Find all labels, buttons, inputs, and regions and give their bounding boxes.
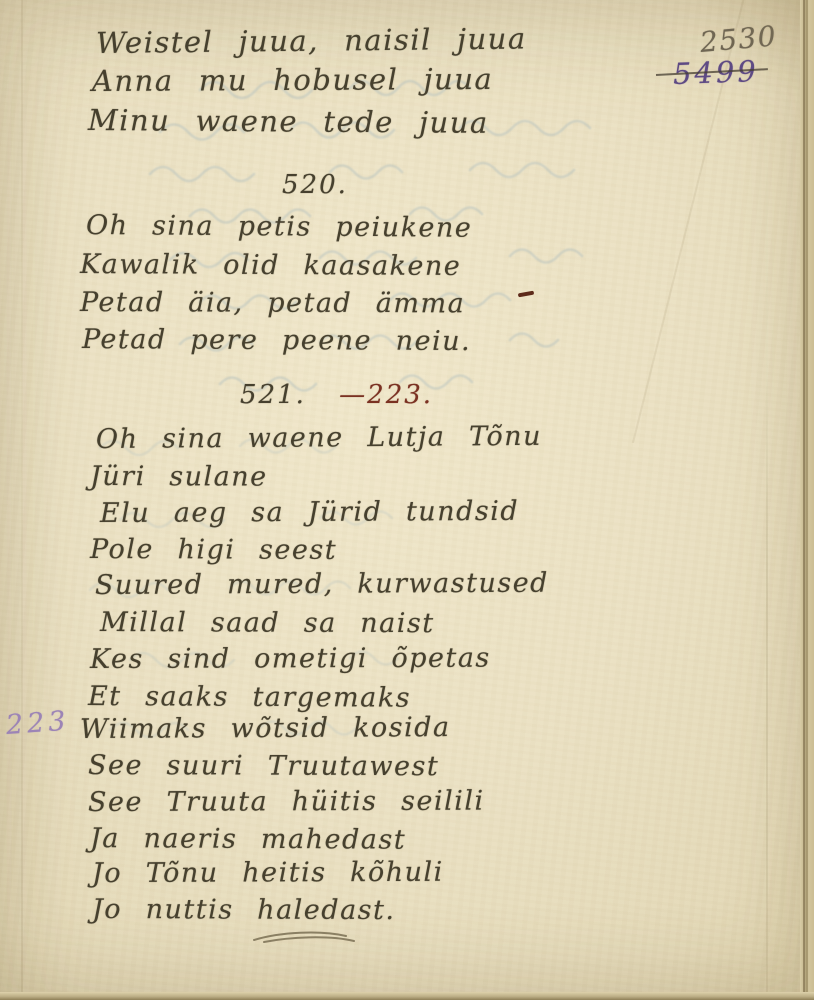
- manuscript-line: Oh sina waene Lutja Tõnu: [96, 421, 542, 455]
- song-number-521: 521. —223.: [240, 380, 433, 410]
- manuscript-line: Pole higi seest: [90, 534, 337, 566]
- manuscript-line: Jo nuttis haledast.: [92, 894, 396, 926]
- manuscript-line: Weistel juua, naisil juua: [96, 21, 527, 60]
- manuscript-line: Jo Tõnu heitis kõhuli: [92, 857, 444, 889]
- manuscript-line: Wiimaks wõtsid kosida: [80, 712, 451, 745]
- page-edge-line: [803, 0, 805, 1000]
- red-dash-mark: [518, 291, 534, 298]
- bottom-flourish: [250, 928, 360, 950]
- song-number-521-red-annotation: —223.: [339, 380, 433, 410]
- page-fold-line: [21, 0, 23, 1000]
- manuscript-line: Kes sind ometigi õpetas: [90, 643, 491, 675]
- manuscript-line: Suured mured, kurwastused: [95, 568, 549, 601]
- manuscript-line: Anna mu hobusel juua: [92, 62, 493, 98]
- manuscript-line: Minu waene tede juua: [88, 103, 489, 140]
- page-crease: [766, 380, 768, 1000]
- manuscript-line: See suuri Truutawest: [88, 750, 439, 782]
- manuscript-line: Kawalik olid kaasakene: [80, 249, 461, 282]
- manuscript-line: Jüri sulane: [90, 461, 268, 493]
- manuscript-line: Elu aeg sa Jürid tundsid: [100, 496, 519, 529]
- manuscript-line: Petad äia, petad ämma: [80, 287, 465, 319]
- manuscript-line: See Truuta hüitis seilili: [88, 786, 485, 818]
- manuscript-line: Petad pere peene neiu.: [82, 324, 471, 357]
- margin-number: 223: [5, 706, 71, 741]
- song-number-521-ink: 521.: [240, 380, 306, 410]
- manuscript-line: Millal saad sa naist: [100, 607, 435, 639]
- manuscript-line: Ja naeris mahedast: [90, 823, 406, 856]
- manuscript-line: Oh sina petis peiukene: [86, 210, 473, 244]
- manuscript-page: 2530 5499 Weistel juua, naisil juua Anna…: [0, 0, 814, 1000]
- page-edge-bottom: [0, 992, 814, 1000]
- page-corner-shadow: [684, 0, 814, 90]
- song-number-520: 520.: [282, 170, 348, 200]
- manuscript-line: Et saaks targemaks: [88, 681, 411, 714]
